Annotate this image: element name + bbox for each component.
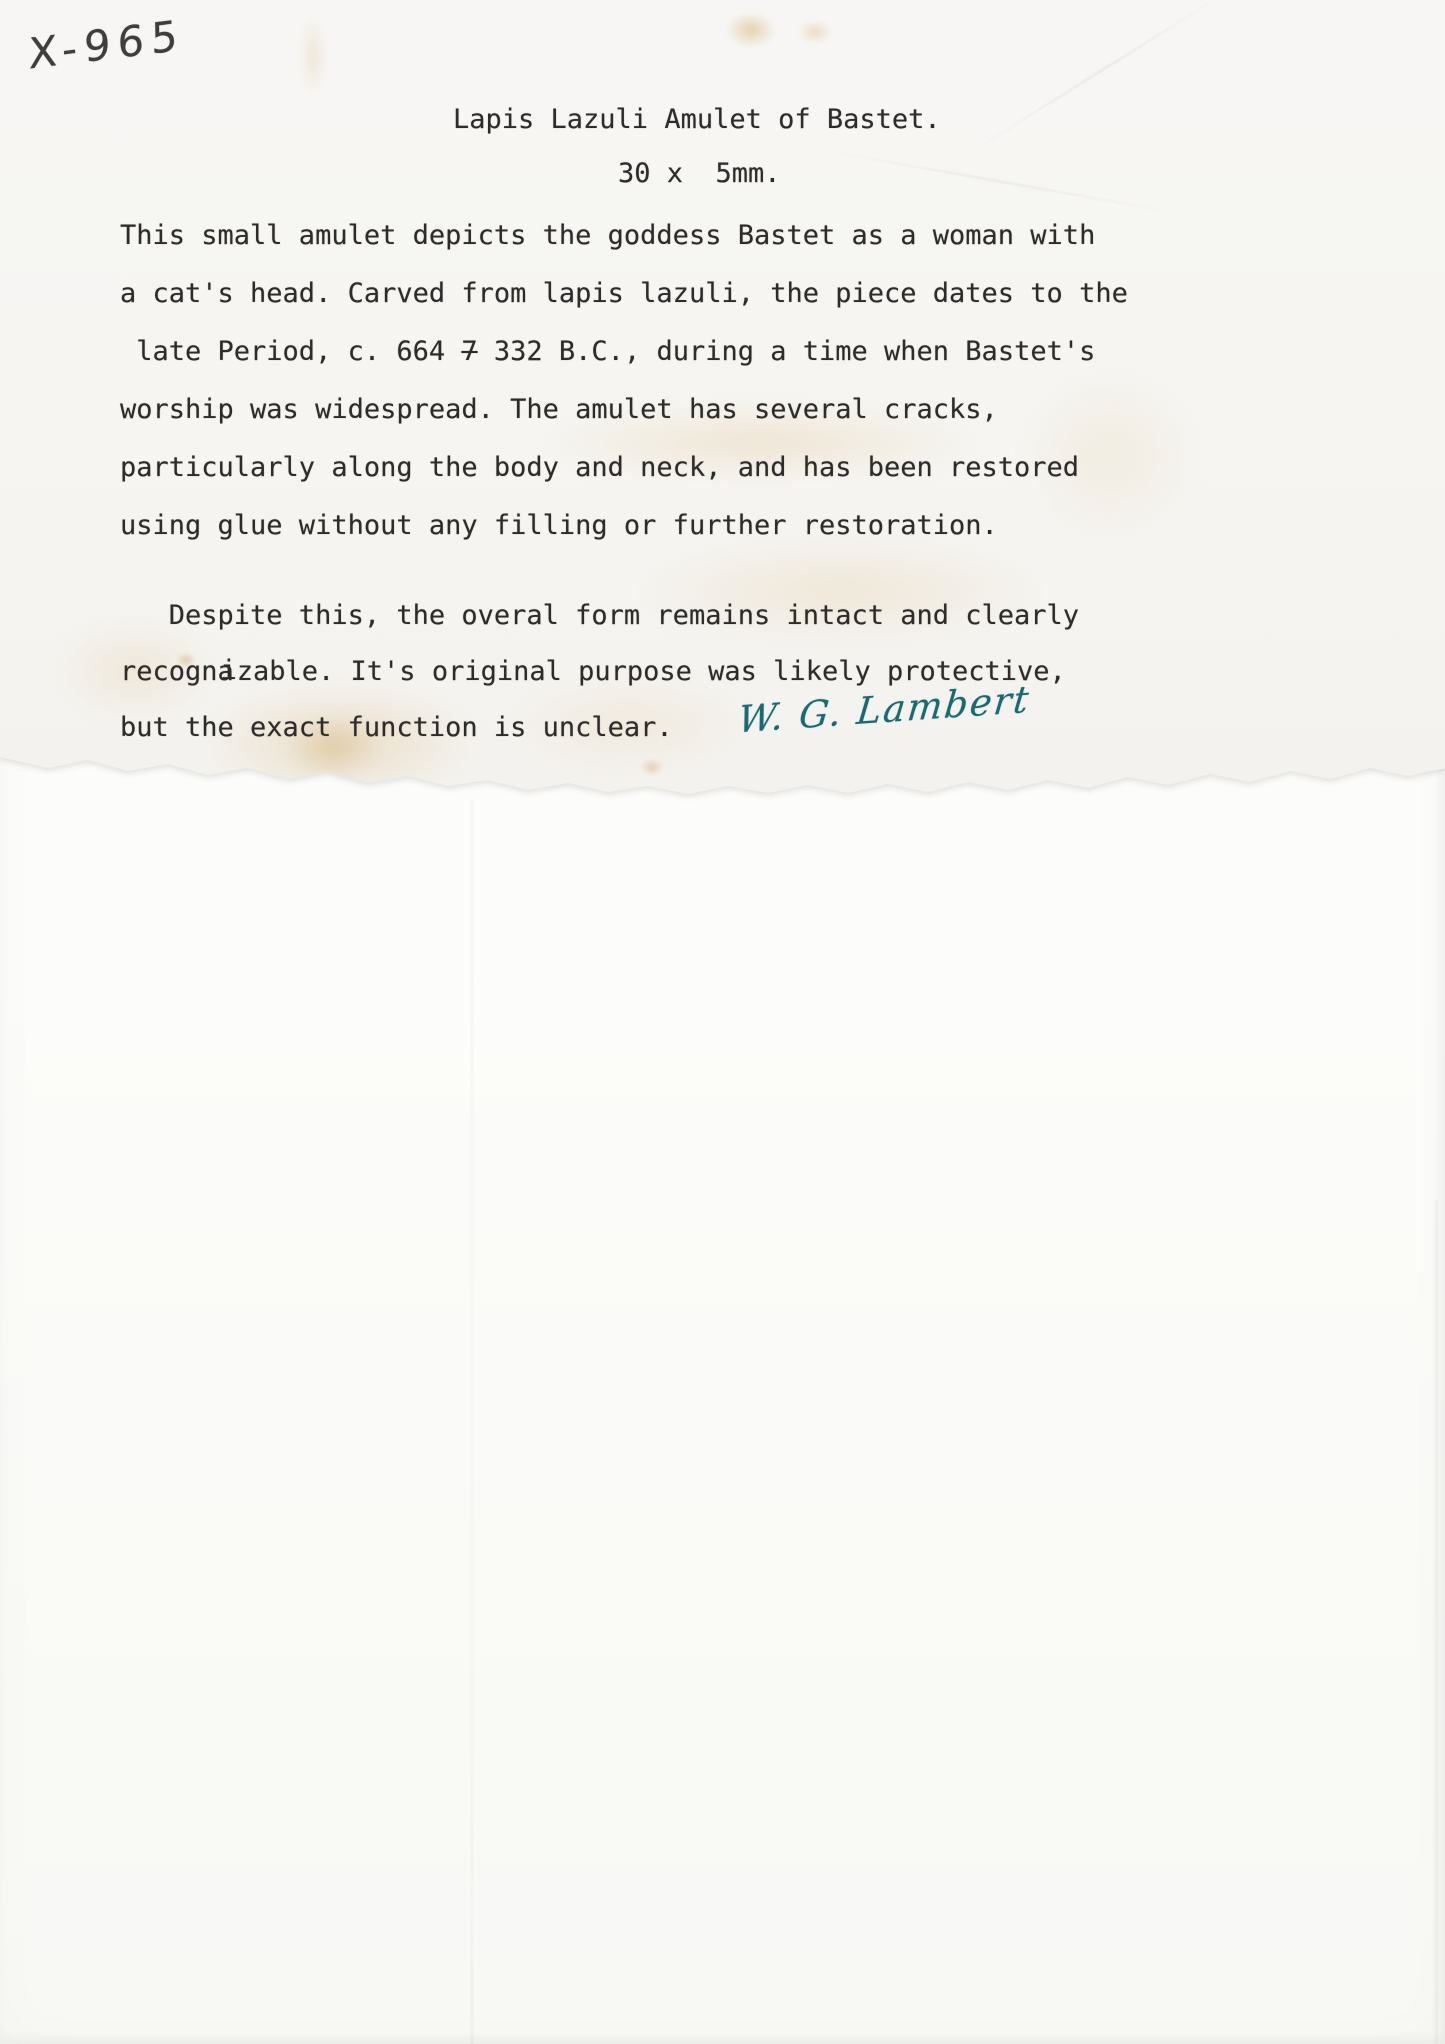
overtyped-character: i xyxy=(220,643,236,699)
struck-out-character: 7 xyxy=(461,336,477,367)
backing-sheet-crease xyxy=(1432,1200,1438,2044)
typewritten-line: Despite this, the overal form remains in… xyxy=(120,588,1079,644)
typewritten-line: using glue without any filling or furthe… xyxy=(120,497,1128,555)
typewritten-line: a cat's head. Carved from lapis lazuli, … xyxy=(120,265,1128,323)
typewritten-line: This small amulet depicts the goddess Ba… xyxy=(120,207,1128,265)
object-dimensions: 30 x 5mm. xyxy=(618,158,781,189)
stain xyxy=(640,758,664,776)
line-text: late Period, c. 664 xyxy=(120,336,461,367)
scanned-document: X-965 Lapis Lazuli Amulet of Bastet. 30 … xyxy=(0,0,1445,2044)
stain xyxy=(726,12,776,48)
typewritten-line: late Period, c. 664 7 332 B.C., during a… xyxy=(120,323,1128,381)
document-title: Lapis Lazuli Amulet of Bastet. xyxy=(453,104,941,135)
line-text: zable. It's original purpose was likely … xyxy=(237,656,1066,687)
typewritten-line: particularly along the body and neck, an… xyxy=(120,439,1128,497)
note-paper: X-965 Lapis Lazuli Amulet of Bastet. 30 … xyxy=(0,0,1445,800)
typewritten-line: worship was widespread. The amulet has s… xyxy=(120,381,1128,439)
paragraph-1: This small amulet depicts the goddess Ba… xyxy=(120,207,1128,555)
paragraph-2: Despite this, the overal form remains in… xyxy=(120,588,1079,756)
stain xyxy=(798,20,832,44)
line-text: 332 B.C., during a time when Bastet's xyxy=(478,336,1096,367)
paper-crease xyxy=(972,0,1228,152)
paper-crease xyxy=(822,149,1177,214)
catalog-number-handwritten: X-965 xyxy=(28,10,185,78)
line-text: recogn xyxy=(120,656,218,687)
note-paper-wrap: X-965 Lapis Lazuli Amulet of Bastet. 30 … xyxy=(0,0,1445,800)
stain xyxy=(300,16,326,96)
backing-sheet-crease xyxy=(470,800,474,2044)
